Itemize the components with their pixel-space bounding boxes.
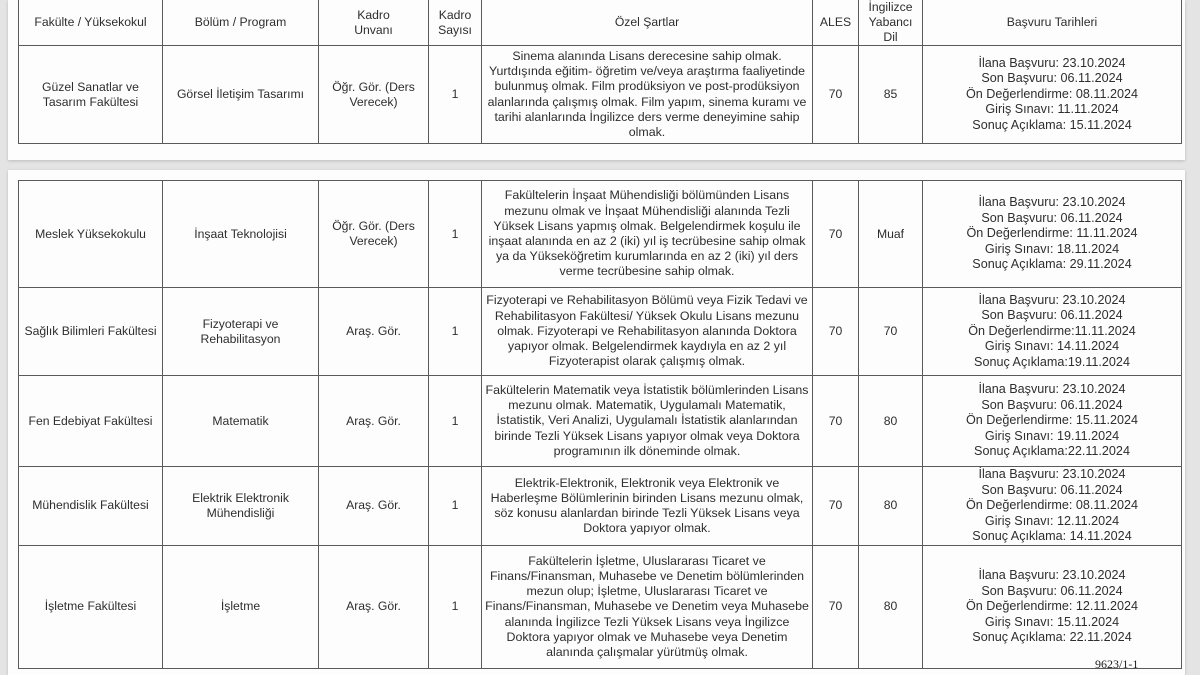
title-cell: Öğr. Gör. (Ders Verecek) <box>319 181 429 288</box>
date-line: Giriş Sınavı: 14.11.2024 <box>925 339 1179 355</box>
date-line: Son Başvuru: 06.11.2024 <box>925 584 1179 600</box>
date-line: İlana Başvuru: 23.10.2024 <box>925 56 1179 72</box>
count-cell: 1 <box>429 545 482 668</box>
ales-cell: 70 <box>813 467 859 546</box>
header-dates: Başvuru Tarihleri <box>923 0 1182 46</box>
count-cell: 1 <box>429 288 482 376</box>
date-line: Giriş Sınavı: 15.11.2024 <box>925 615 1179 631</box>
date-line: Giriş Sınavı: 12.11.2024 <box>925 514 1179 530</box>
conditions-cell: Fakültelerin İnşaat Mühendisliği bölümün… <box>482 181 813 288</box>
date-line: Ön Değerlendirme: 15.11.2024 <box>925 413 1179 429</box>
date-line: Son Başvuru: 06.11.2024 <box>925 398 1179 414</box>
faculty-cell: Mühendislik Fakültesi <box>19 467 163 546</box>
language-score-cell: 70 <box>859 288 923 376</box>
header-title: KadroUnvanı <box>319 0 429 46</box>
table-row: Fen Edebiyat FakültesiMatematikAraş. Gör… <box>19 376 1182 467</box>
program-cell: Elektrik Elektronik Mühendisliği <box>163 467 319 546</box>
date-line: Ön Değerlendirme: 11.11.2024 <box>925 226 1179 242</box>
date-line: Son Başvuru: 06.11.2024 <box>925 211 1179 227</box>
document-page-1: Fakülte / Yüksekokul Bölüm / Program Kad… <box>8 0 1185 160</box>
date-line: İlana Başvuru: 23.10.2024 <box>925 568 1179 584</box>
table-row: Güzel Sanatlar ve Tasarım FakültesiGörse… <box>19 46 1182 144</box>
program-cell: Fizyoterapi ve Rehabilitasyon <box>163 288 319 376</box>
header-faculty: Fakülte / Yüksekokul <box>19 0 163 46</box>
positions-table-top: Fakülte / Yüksekokul Bölüm / Program Kad… <box>18 0 1182 144</box>
date-line: Sonuç Açıklama: 22.11.2024 <box>925 630 1179 646</box>
title-cell: Öğr. Gör. (Ders Verecek) <box>319 46 429 144</box>
count-cell: 1 <box>429 181 482 288</box>
date-line: Sonuç Açıklama: 15.11.2024 <box>925 118 1179 134</box>
header-language: İngilizceYabancıDil <box>859 0 923 46</box>
document-page-2: Meslek Yüksekokuluİnşaat TeknolojisiÖğr.… <box>8 170 1185 675</box>
count-cell: 1 <box>429 46 482 144</box>
positions-table-bottom: Meslek Yüksekokuluİnşaat TeknolojisiÖğr.… <box>18 180 1182 669</box>
header-count: KadroSayısı <box>429 0 482 46</box>
conditions-cell: Fizyoterapi ve Rehabilitasyon Bölümü vey… <box>482 288 813 376</box>
date-line: Sonuç Açıklama: 14.11.2024 <box>925 529 1179 545</box>
date-line: Ön Değerlendirme: 08.11.2024 <box>925 87 1179 103</box>
date-line: Son Başvuru: 06.11.2024 <box>925 483 1179 499</box>
program-cell: İnşaat Teknolojisi <box>163 181 319 288</box>
title-cell: Araş. Gör. <box>319 376 429 467</box>
date-line: Sonuç Açıklama:22.11.2024 <box>925 444 1179 460</box>
count-cell: 1 <box>429 467 482 546</box>
dates-cell: İlana Başvuru: 23.10.2024Son Başvuru: 06… <box>923 181 1182 288</box>
conditions-cell: Elektrik-Elektronik, Elektronik veya Ele… <box>482 467 813 546</box>
table-row: İşletme FakültesiİşletmeAraş. Gör.1Fakül… <box>19 545 1182 668</box>
ales-cell: 70 <box>813 376 859 467</box>
language-score-cell: 85 <box>859 46 923 144</box>
dates-cell: İlana Başvuru: 23.10.2024Son Başvuru: 06… <box>923 467 1182 546</box>
date-line: Ön Değerlendirme: 08.11.2024 <box>925 498 1179 514</box>
ales-cell: 70 <box>813 46 859 144</box>
header-conditions: Özel Şartlar <box>482 0 813 46</box>
date-line: Son Başvuru: 06.11.2024 <box>925 308 1179 324</box>
ales-cell: 70 <box>813 181 859 288</box>
date-line: İlana Başvuru: 23.10.2024 <box>925 195 1179 211</box>
program-cell: Görsel İletişim Tasarımı <box>163 46 319 144</box>
faculty-cell: Güzel Sanatlar ve Tasarım Fakültesi <box>19 46 163 144</box>
faculty-cell: Sağlık Bilimleri Fakültesi <box>19 288 163 376</box>
date-line: Son Başvuru: 06.11.2024 <box>925 71 1179 87</box>
language-score-cell: 80 <box>859 467 923 546</box>
date-line: İlana Başvuru: 23.10.2024 <box>925 382 1179 398</box>
title-cell: Araş. Gör. <box>319 545 429 668</box>
date-line: İlana Başvuru: 23.10.2024 <box>925 467 1179 483</box>
dates-cell: İlana Başvuru: 23.10.2024Son Başvuru: 06… <box>923 545 1182 668</box>
date-line: Sonuç Açıklama:19.11.2024 <box>925 355 1179 371</box>
date-line: Sonuç Açıklama: 29.11.2024 <box>925 257 1179 273</box>
title-cell: Araş. Gör. <box>319 467 429 546</box>
header-program: Bölüm / Program <box>163 0 319 46</box>
faculty-cell: İşletme Fakültesi <box>19 545 163 668</box>
table-row: Mühendislik FakültesiElektrik Elektronik… <box>19 467 1182 546</box>
date-line: İlana Başvuru: 23.10.2024 <box>925 293 1179 309</box>
date-line: Ön Değerlendirme: 12.11.2024 <box>925 599 1179 615</box>
date-line: Giriş Sınavı: 18.11.2024 <box>925 242 1179 258</box>
date-line: Giriş Sınavı: 11.11.2024 <box>925 102 1179 118</box>
conditions-cell: Sinema alanında Lisans derecesine sahip … <box>482 46 813 144</box>
dates-cell: İlana Başvuru: 23.10.2024Son Başvuru: 06… <box>923 46 1182 144</box>
faculty-cell: Meslek Yüksekokulu <box>19 181 163 288</box>
ales-cell: 70 <box>813 545 859 668</box>
table-row: Meslek Yüksekokuluİnşaat TeknolojisiÖğr.… <box>19 181 1182 288</box>
ales-cell: 70 <box>813 288 859 376</box>
faculty-cell: Fen Edebiyat Fakültesi <box>19 376 163 467</box>
date-line: Giriş Sınavı: 19.11.2024 <box>925 429 1179 445</box>
conditions-cell: Fakültelerin İşletme, Uluslararası Ticar… <box>482 545 813 668</box>
count-cell: 1 <box>429 376 482 467</box>
header-ales: ALES <box>813 0 859 46</box>
language-score-cell: Muaf <box>859 181 923 288</box>
document-code: 9623/1-1 <box>1095 657 1138 672</box>
language-score-cell: 80 <box>859 545 923 668</box>
table-row: Sağlık Bilimleri FakültesiFizyoterapi ve… <box>19 288 1182 376</box>
title-cell: Araş. Gör. <box>319 288 429 376</box>
conditions-cell: Fakültelerin Matematik veya İstatistik b… <box>482 376 813 467</box>
program-cell: İşletme <box>163 545 319 668</box>
date-line: Ön Değerlendirme:11.11.2024 <box>925 324 1179 340</box>
dates-cell: İlana Başvuru: 23.10.2024Son Başvuru: 06… <box>923 376 1182 467</box>
dates-cell: İlana Başvuru: 23.10.2024Son Başvuru: 06… <box>923 288 1182 376</box>
table-header-row: Fakülte / Yüksekokul Bölüm / Program Kad… <box>19 0 1182 46</box>
language-score-cell: 80 <box>859 376 923 467</box>
program-cell: Matematik <box>163 376 319 467</box>
